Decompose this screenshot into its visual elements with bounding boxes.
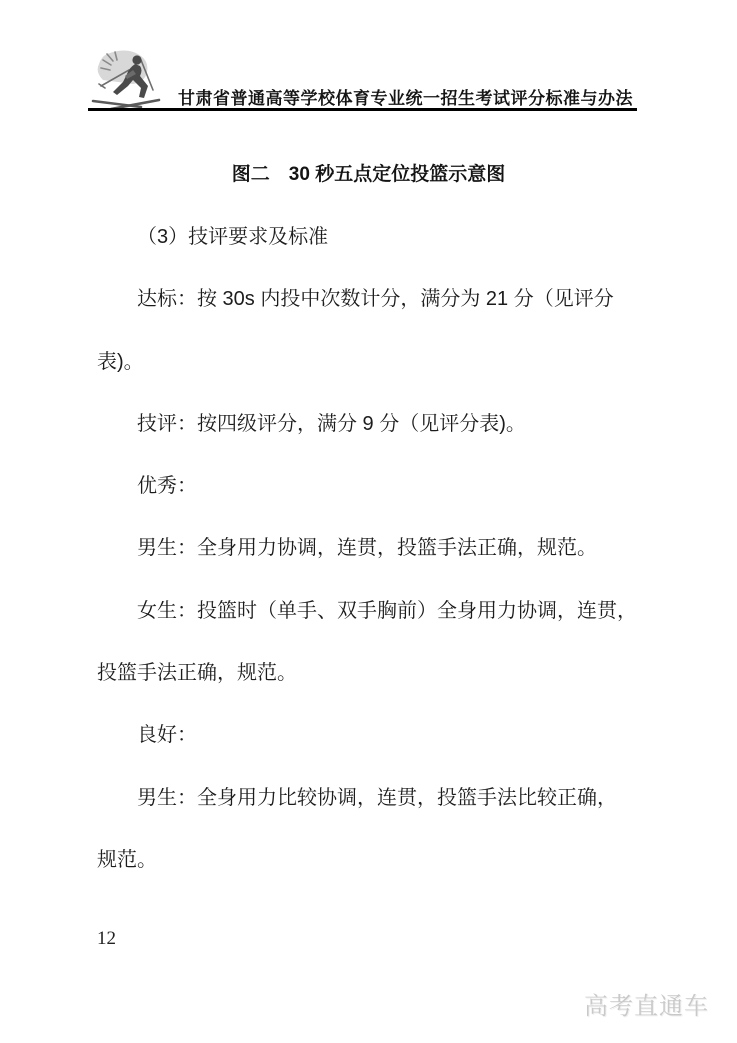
skier-logo-icon — [85, 46, 165, 112]
paragraph-line: 投篮手法正确，规范。 — [97, 642, 657, 704]
paragraph-line: 规范。 — [97, 829, 657, 891]
paragraph-line: 表)。 — [97, 331, 657, 393]
page-number: 12 — [97, 928, 116, 950]
header-title: 甘肃省普通高等学校体育专业统一招生考试评分标准与办法 — [178, 84, 633, 109]
paragraph-line: 优秀： — [97, 455, 657, 517]
body-text: （3）技评要求及标准 达标：按 30s 内投中次数计分，满分为 21 分（见评分… — [97, 206, 657, 891]
paragraph-line: 男生：全身用力协调，连贯，投篮手法正确，规范。 — [97, 517, 657, 579]
watermark: 高考直通车 — [584, 986, 709, 1021]
paragraph-line: 达标：按 30s 内投中次数计分，满分为 21 分（见评分 — [97, 268, 657, 330]
paragraph-line: （3）技评要求及标准 — [97, 206, 657, 268]
paragraph-line: 男生：全身用力比较协调，连贯，投篮手法比较正确， — [97, 767, 657, 829]
document-page: 甘肃省普通高等学校体育专业统一招生考试评分标准与办法 图二 30 秒五点定位投篮… — [0, 0, 737, 1043]
figure-caption: 图二 30 秒五点定位投篮示意图 — [0, 159, 737, 186]
paragraph-line: 技评：按四级评分，满分 9 分（见评分表)。 — [97, 393, 657, 455]
paragraph-line: 良好： — [97, 704, 657, 766]
header-rule — [88, 108, 637, 111]
paragraph-line: 女生：投篮时（单手、双手胸前）全身用力协调，连贯， — [97, 580, 657, 642]
